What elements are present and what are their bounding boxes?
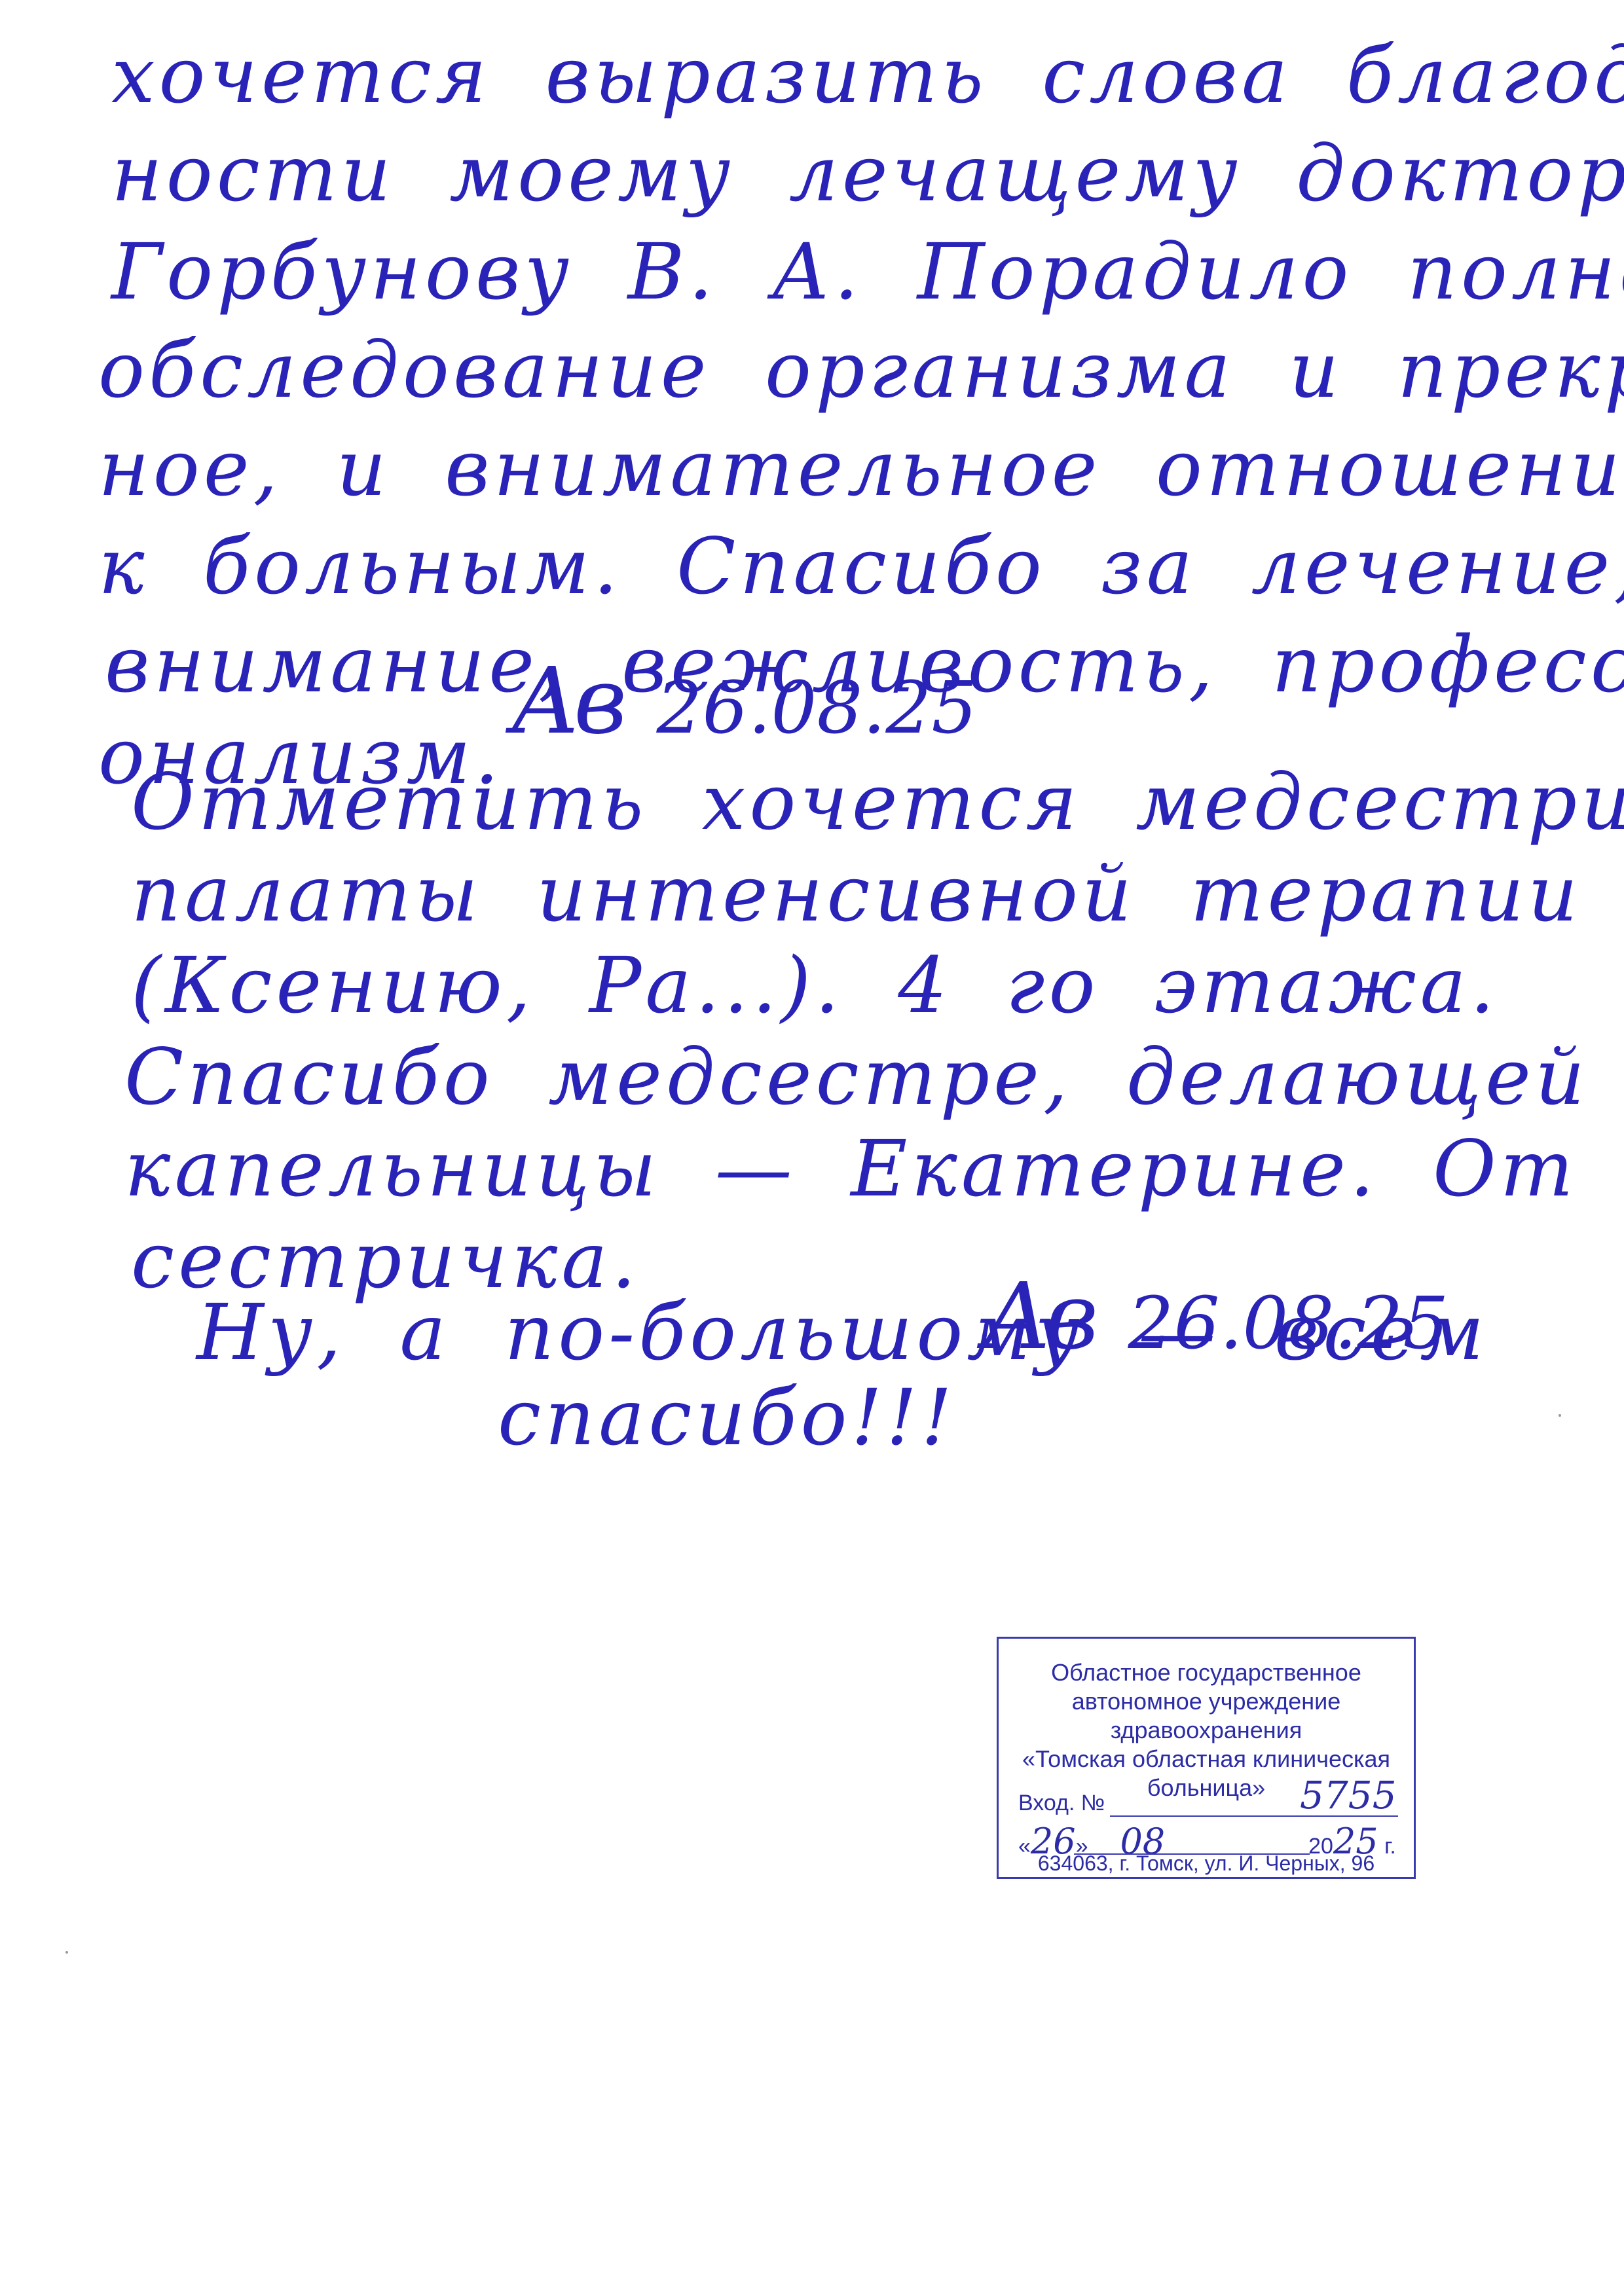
incoming-registration-stamp: Областное государственное автономное учр… [997,1637,1416,1879]
stamp-line: «Томская областная клиническая [999,1745,1414,1774]
text-line: ное, и внимательное отношение [98,419,1624,517]
text-line: Отметить хочется медсестричек [131,753,1624,851]
paragraph-gratitude-doctor: хочется выразить слова благодар- ности м… [111,26,1552,681]
text-line: Горбунову В. А. Порадило полное [111,223,1624,321]
stamp-line: Областное государственное [999,1658,1414,1687]
text-line: Спасибо медсестре, делающей уколы, [124,1028,1624,1126]
text-line: капельницы — Екатерине. От бога [124,1120,1624,1218]
text-line: палаты интенсивной терапии РСЦ [131,845,1624,943]
text-line: ности моему лечащему доктору [111,124,1624,223]
text-line: (Ксению, Ра...). 4 го этажа. [131,936,1498,1034]
signature-2: Ав 26.08.25 [982,1264,1449,1370]
scan-speck [65,1951,68,1954]
signature-mark: Ав [982,1264,1092,1370]
scan-speck [1559,1414,1561,1417]
stamp-line: здравоохранения [999,1716,1414,1745]
text-line: хочется выразить слова благодар- [111,26,1624,124]
signature-mark: Ав [511,648,621,755]
incoming-number-label: Вход. № [1018,1791,1105,1816]
text-line: к больным. Спасибо за лечение, [98,517,1624,615]
letter-page: хочется выразить слова благодар- ности м… [0,0,1624,2296]
signature-date: 26.08.25 [1128,1281,1449,1365]
stamp-line: автономное учреждение [999,1687,1414,1716]
text-line: спасибо!!! [498,1368,956,1467]
incoming-number-value: 5755 [1300,1773,1397,1817]
signature-1: Ав 26.08.25 [511,648,977,755]
signature-date: 26.08.25 [656,666,977,750]
text-line: обследование организма и прекрас- [98,321,1624,419]
stamp-address: 634063, г. Томск, ул. И. Черных, 96 [999,1851,1414,1876]
paragraph-gratitude-nurses: Отметить хочется медсестричек палаты инт… [131,753,1572,1277]
